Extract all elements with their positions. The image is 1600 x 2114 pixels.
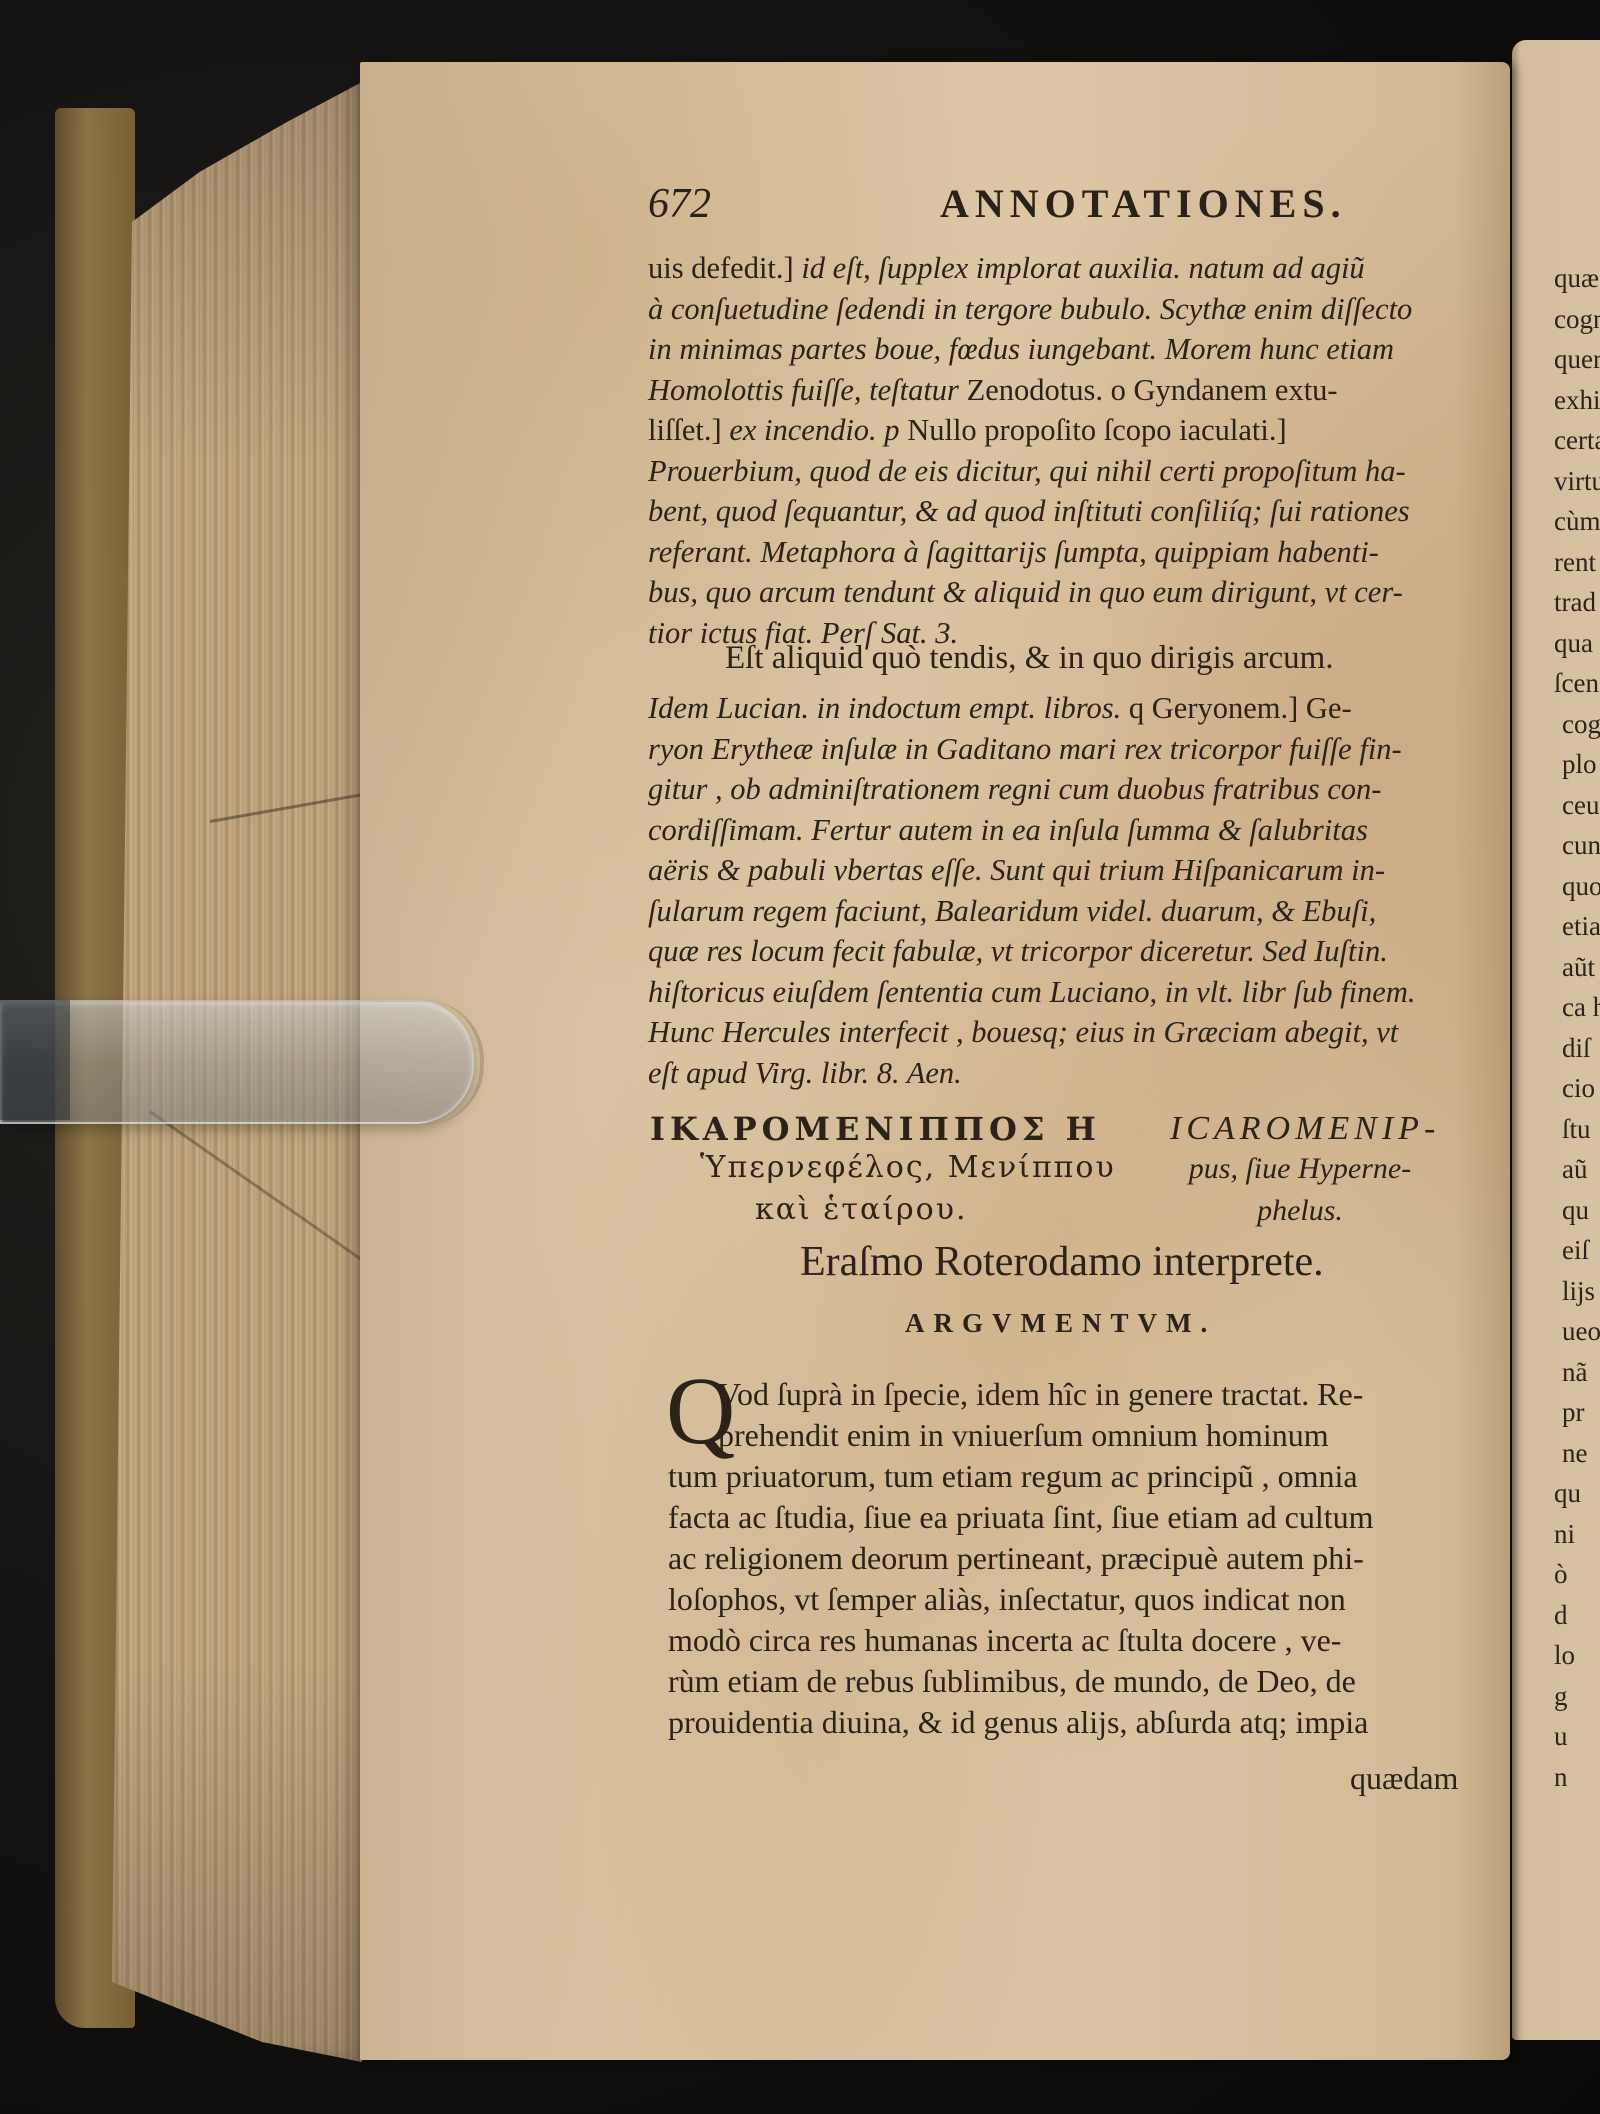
argumentum-line: prehendit enim in vniuerſum omnium homin…	[718, 1419, 1329, 1451]
facing-page-fragment: ne	[1562, 1440, 1587, 1467]
annotation-segment: in minimas partes boue, fœdus iungebant.…	[648, 332, 1394, 366]
annotation-segment: uis defedit.]	[648, 251, 801, 285]
facing-page-fragment: ſtu	[1562, 1116, 1591, 1143]
facing-page-fragment: diſ	[1562, 1035, 1591, 1062]
annotation-line: ſularum regem faciunt, Balearidum videl.…	[648, 896, 1460, 927]
annotation-segment: ſularum regem faciunt, Balearidum videl.…	[648, 894, 1376, 928]
annotation-line: referant. Metaphora à ſagittarijs ſumpta…	[648, 537, 1460, 568]
facing-page-fragment: trad	[1554, 589, 1596, 616]
facing-page-fragment: quer	[1554, 346, 1600, 373]
facing-page-fragment: qu	[1554, 1480, 1581, 1507]
facing-page-fragment: n	[1554, 1764, 1568, 1791]
annotation-line: à conſuetudine ſedendi in tergore bubulo…	[648, 294, 1460, 325]
facing-page-fragment: ceu	[1562, 792, 1599, 819]
argumentum-line: tum priuatorum, tum etiam regum ac princ…	[668, 1460, 1358, 1492]
annotation-line: aëris & pabuli vbertas eſſe. Sunt qui tr…	[648, 855, 1460, 886]
annotation-segment: gitur , ob adminiſtrationem regni cum du…	[648, 772, 1381, 806]
facing-page-fragment: qua	[1554, 630, 1593, 657]
latin-title-line-3: phelus.	[1170, 1194, 1430, 1228]
annotation-segment: Gyndanem extu-	[1133, 373, 1337, 407]
facing-page-fragment: cun	[1562, 832, 1600, 859]
facing-page-fragment: virtu	[1554, 468, 1600, 495]
annotation-line: hiſtoricus eiuſdem ſententia cum Luciano…	[648, 977, 1460, 1008]
facing-page-fragment: ſcen	[1554, 670, 1599, 697]
page-clip	[0, 1000, 474, 1124]
annotation-segment: referant. Metaphora à ſagittarijs ſumpta…	[648, 535, 1379, 569]
annotation-line: bus, quo arcum tendunt & aliquid in quo …	[648, 577, 1460, 608]
facing-page-fragment: qu	[1562, 1197, 1589, 1224]
annotation-segment: aëris & pabuli vbertas eſſe. Sunt qui tr…	[648, 853, 1385, 887]
greek-title-line-1: ΙΚΑΡΟΜΕΝΙΠΠΟΣ Η	[650, 1110, 1101, 1148]
annotation-segment: Zenodotus. o	[967, 373, 1134, 407]
argumentum-line: facta ac ſtudia, ſiue ea priuata ſint, ſ…	[668, 1501, 1373, 1533]
facing-page-fragment: quæ	[1554, 265, 1599, 292]
verse-quote: Eſt aliquid quò tendis, & in quo dirigis…	[725, 640, 1334, 677]
annotation-line: in minimas partes boue, fœdus iungebant.…	[648, 334, 1460, 365]
annotation-line: gitur , ob adminiſtrationem regni cum du…	[648, 774, 1460, 805]
facing-page-fragment: ueo	[1562, 1318, 1600, 1345]
facing-page-fragment: rent	[1554, 549, 1596, 576]
catchword: quædam	[1350, 1760, 1458, 1797]
facing-page-fragment: lo	[1554, 1642, 1575, 1669]
annotation-segment: Homolottis fuiſſe, teſtatur	[648, 373, 967, 407]
facing-page-fragment: d	[1554, 1602, 1568, 1629]
argumentum-line: Vod ſuprà in ſpecie, idem hîc in genere …	[718, 1378, 1363, 1410]
facing-page-fragment: exhi	[1554, 387, 1600, 414]
facing-page-fragment: aũt	[1562, 954, 1595, 981]
argumentum-line: modò circa res humanas incerta ac ſtulta…	[668, 1624, 1341, 1656]
facing-page-fragment: aũ	[1562, 1156, 1587, 1183]
annotation-segment: Prouerbium, quod de eis dicitur, qui nih…	[648, 454, 1406, 488]
annotation-line: bent, quod ſequantur, & ad quod inſtitut…	[648, 496, 1460, 527]
annotation-line: quæ res locum fecit fabulæ, vt tricorpor…	[648, 936, 1460, 967]
argumentum-line: prouidentia diuina, & id genus alijs, ab…	[668, 1706, 1368, 1738]
annotation-line: Idem Lucian. in indoctum empt. libros. q…	[648, 693, 1460, 724]
annotation-line: eſt apud Virg. libr. 8. Aen.	[648, 1058, 1460, 1089]
argumentum-line: loſophos, vt ſemper aliàs, inſectatur, q…	[668, 1583, 1346, 1615]
running-title: ANNOTATIONES.	[940, 180, 1347, 227]
annotation-segment: hiſtoricus eiuſdem ſententia cum Luciano…	[648, 975, 1416, 1009]
annotation-line: Prouerbium, quod de eis dicitur, qui nih…	[648, 456, 1460, 487]
facing-page-fragment: certa	[1554, 427, 1600, 454]
annotation-segment: liſſet.]	[648, 413, 729, 447]
facing-page-fragment: nã	[1562, 1359, 1587, 1386]
argumentum-line: rùm etiam de rebus ſublimibus, de mundo,…	[668, 1665, 1356, 1697]
annotation-segment: bus, quo arcum tendunt & aliquid in quo …	[648, 575, 1403, 609]
annotation-segment: quæ res locum fecit fabulæ, vt tricorpor…	[648, 934, 1388, 968]
annotation-segment: eſt apud Virg. libr. 8. Aen.	[648, 1056, 962, 1090]
annotation-segment: id eſt, ſupplex implorat auxilia. natum …	[801, 251, 1364, 285]
page-clip-end	[0, 1000, 70, 1120]
facing-page-fragment: cog	[1562, 711, 1600, 738]
argumentum-line: ac religionem deorum pertineant, præcipu…	[668, 1542, 1364, 1574]
annotation-line: ryon Erytheæ inſulæ in Gaditano mari rex…	[648, 734, 1460, 765]
facing-page-fragment: cogn	[1554, 306, 1600, 333]
annotation-line: uis defedit.] id eſt, ſupplex implorat a…	[648, 253, 1460, 284]
facing-page-fragment: ni	[1554, 1521, 1575, 1548]
annotation-segment: Hunc Hercules interfecit , bouesq; eius …	[648, 1015, 1398, 1049]
annotation-segment: q Geryonem.] Ge-	[1129, 691, 1352, 725]
facing-page: quæcognquerexhicertavirtucùmrenttradquaſ…	[1512, 40, 1600, 2040]
page-number: 672	[648, 180, 711, 228]
facing-page-fragment: cio	[1562, 1075, 1595, 1102]
facing-page-fragment: u	[1554, 1723, 1568, 1750]
annotation-line: cordiſſimam. Fertur autem in ea inſula ſ…	[648, 815, 1460, 846]
annotation-line: Hunc Hercules interfecit , bouesq; eius …	[648, 1017, 1460, 1048]
annotation-segment: ryon Erytheæ inſulæ in Gaditano mari rex…	[648, 732, 1402, 766]
annotation-segment: ex incendio. p	[729, 413, 907, 447]
facing-page-fragment: lijs	[1562, 1278, 1595, 1305]
greek-title-line-2: Ὑπερνεφέλος, Μενίππου	[700, 1150, 1116, 1185]
facing-page-fragment: cùm	[1554, 508, 1600, 535]
facing-page-fragment: g	[1554, 1683, 1568, 1710]
latin-title-line-1: ICAROMENIP-	[1170, 1110, 1430, 1148]
annotation-segment: bent, quod ſequantur, & ad quod inſtitut…	[648, 494, 1410, 528]
facing-page-fragment: pr	[1562, 1399, 1585, 1426]
annotation-segment: Idem Lucian. in indoctum empt. libros.	[648, 691, 1129, 725]
facing-page-fragment: ò	[1554, 1561, 1568, 1588]
facing-page-fragment: eiſ	[1562, 1237, 1589, 1264]
facing-page-fragment: plo	[1562, 751, 1597, 778]
latin-title-line-2: pus, ſiue Hyperne-	[1170, 1152, 1430, 1186]
argumentum-heading: ARGVMENTVM.	[905, 1308, 1216, 1339]
annotation-segment: à conſuetudine ſedendi in tergore bubulo…	[648, 292, 1412, 326]
translator-line: Eraſmo Roterodamo interprete.	[800, 1238, 1324, 1286]
annotation-line: liſſet.] ex incendio. p Nullo propoſito …	[648, 415, 1460, 446]
annotation-segment: Nullo propoſito ſcopo iaculati.]	[907, 413, 1286, 447]
annotation-line: Homolottis fuiſſe, teſtatur Zenodotus. o…	[648, 375, 1460, 406]
facing-page-fragment: ca h	[1562, 994, 1600, 1021]
facing-page-fragment: quo	[1562, 873, 1600, 900]
annotation-segment: cordiſſimam. Fertur autem in ea inſula ſ…	[648, 813, 1368, 847]
facing-page-fragment: etia	[1562, 913, 1600, 940]
greek-title-line-3: καὶ ἑταίρου.	[755, 1192, 968, 1227]
